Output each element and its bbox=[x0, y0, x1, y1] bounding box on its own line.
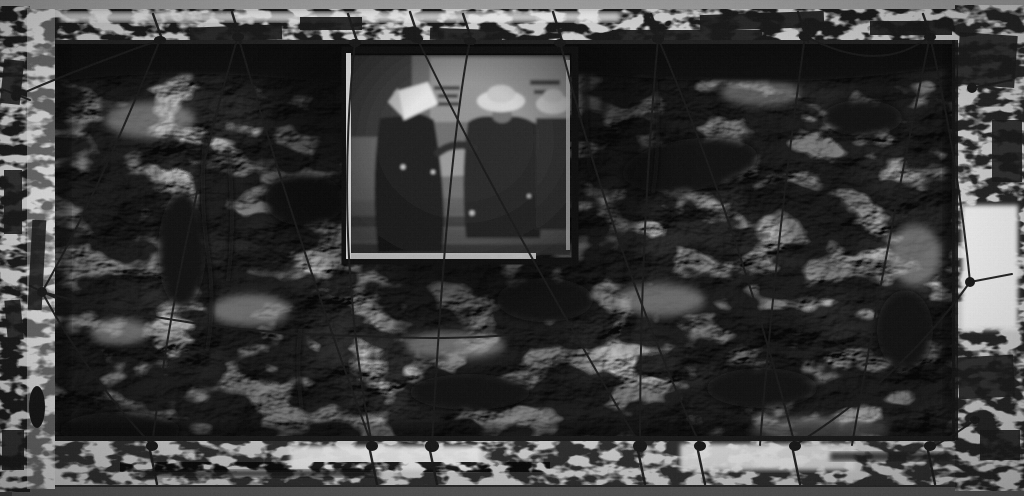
artwork-photograph bbox=[0, 0, 1024, 496]
film-grain bbox=[0, 0, 1024, 496]
artwork-canvas bbox=[0, 0, 1024, 496]
